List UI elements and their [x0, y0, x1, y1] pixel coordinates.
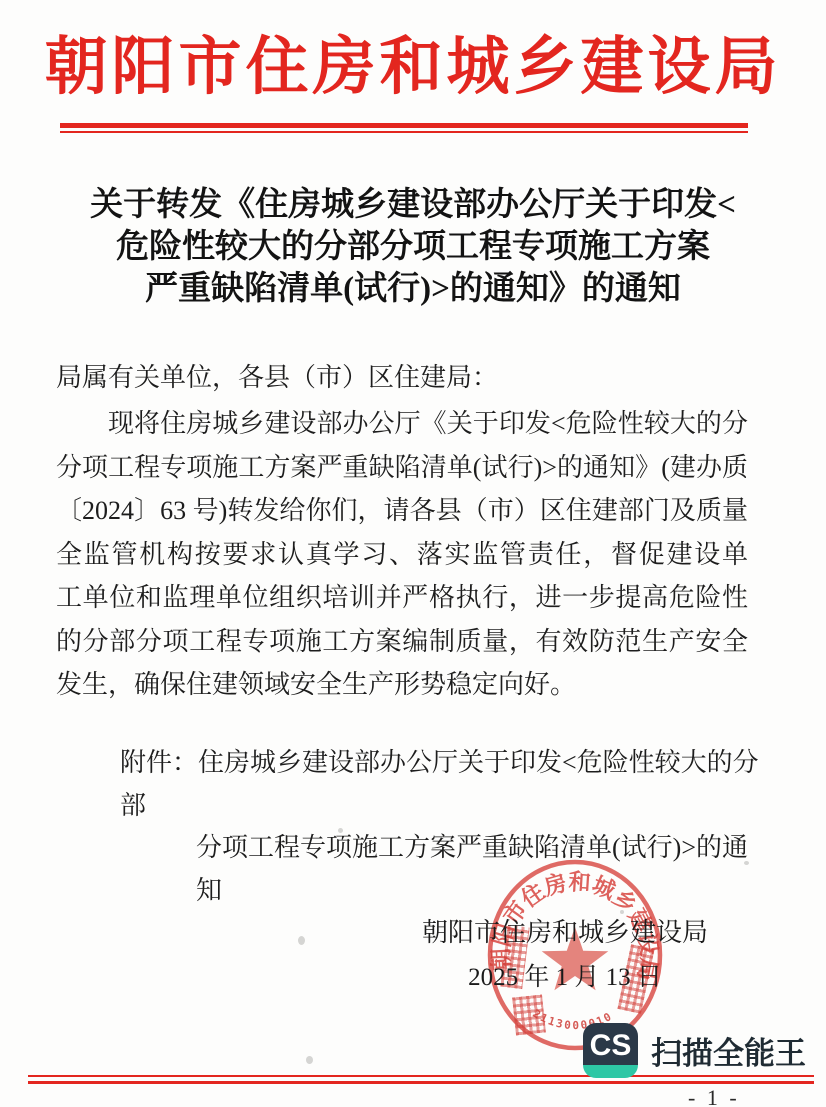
camscanner-app-name: 扫描全能王	[651, 1028, 806, 1073]
signature-agency: 朝阳市住房和城乡建设局	[415, 914, 715, 952]
document-page: 朝阳市住房和城乡建设局 关于转发《住房城乡建设部办公厅关于印发< 危险性较大的分…	[0, 0, 826, 1107]
letterhead-rule	[60, 123, 748, 133]
paragraph-line: 全监管机构按要求认真学习、落实监管责任，督促建设单位、施	[56, 533, 748, 577]
document-title-line-2: 危险性较大的分部分项工程专项施工方案	[0, 226, 826, 268]
scan-speck	[338, 828, 343, 833]
paragraph-line: 分项工程专项施工方案严重缺陷清单(试行)>的通知》(建办质	[56, 446, 748, 490]
attachment-label: 附件：	[120, 748, 198, 777]
scan-speck	[744, 861, 749, 865]
signature-date: 2025 年 1 月 13 日	[415, 960, 715, 996]
seal-inner-pattern	[512, 995, 546, 1036]
main-paragraph: 现将住房城乡建设部办公厅《关于印发<危险性较大的分部 分项工程专项施工方案严重缺…	[56, 402, 748, 707]
paragraph-line: 的分部分项工程专项施工方案编制质量，有效防范生产安全事故	[56, 620, 748, 664]
signature-block: 朝阳市住房和城乡建设局 2025 年 1 月 13 日	[415, 914, 715, 996]
salutation: 局属有关单位，各县（市）区住建局：	[56, 360, 756, 396]
scan-speck	[306, 1056, 313, 1064]
page-number: - 1 -	[688, 1085, 740, 1107]
paragraph-line: 现将住房城乡建设部办公厅《关于印发<危险性较大的分部	[56, 402, 748, 446]
paragraph-line: 发生，确保住建领域安全生产形势稳定向好。	[56, 663, 748, 707]
paragraph-line: 工单位和监理单位组织培训并严格执行，进一步提高危险性较大	[56, 576, 748, 620]
scanner-watermark: CS 扫描全能王	[583, 1023, 806, 1078]
document-title-line-3: 严重缺陷清单(试行)>的通知》的通知	[0, 268, 826, 310]
scan-speck	[298, 936, 305, 945]
paragraph-line: 〔2024〕63 号)转发给你们，请各县（市）区住建部门及质量安	[56, 489, 748, 533]
camscanner-logo-icon: CS	[583, 1023, 638, 1078]
document-title: 关于转发《住房城乡建设部办公厅关于印发< 危险性较大的分部分项工程专项施工方案 …	[0, 184, 826, 310]
scan-speck	[208, 553, 211, 556]
attachment-line-1: 附件：住房城乡建设部办公厅关于印发<危险性较大的分部	[120, 742, 760, 827]
attachment-text-1: 住房城乡建设部办公厅关于印发<危险性较大的分部	[120, 748, 759, 820]
letterhead-agency-name: 朝阳市住房和城乡建设局	[0, 28, 826, 106]
document-title-line-1: 关于转发《住房城乡建设部办公厅关于印发<	[0, 184, 826, 226]
